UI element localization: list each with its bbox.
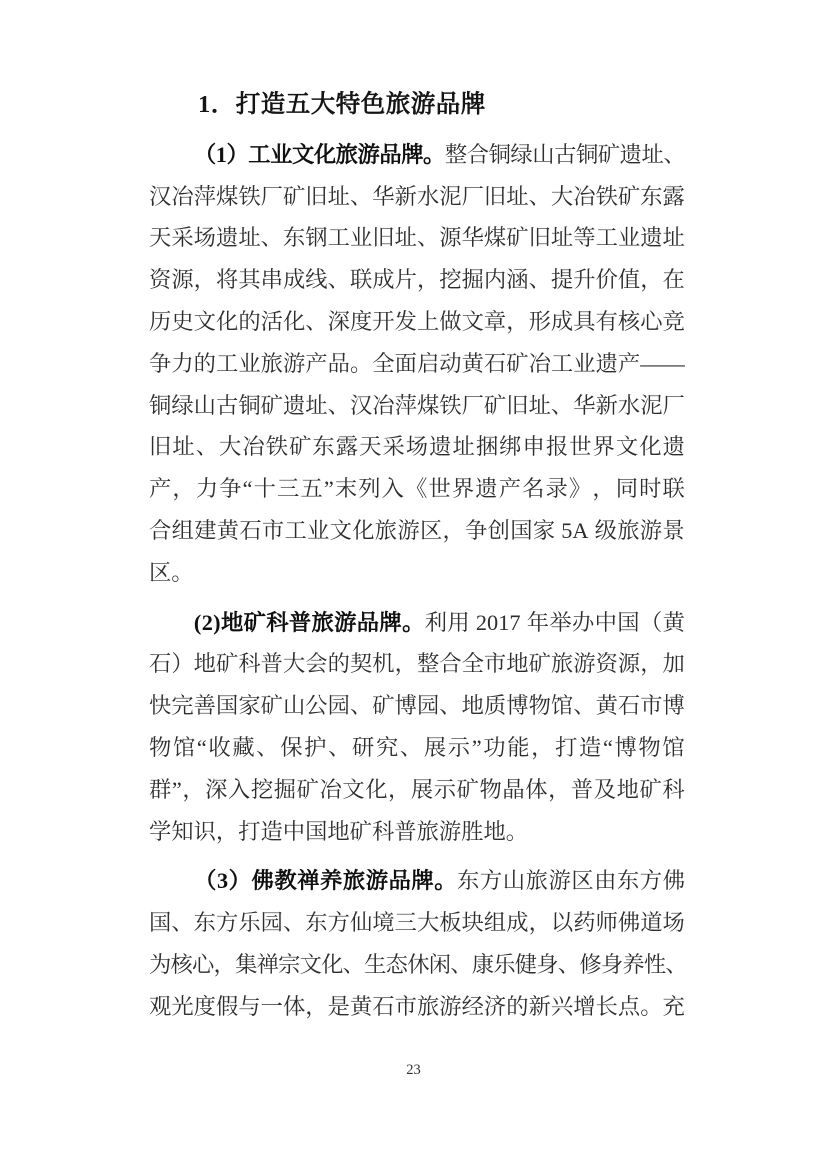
glyph: 、 bbox=[328, 259, 350, 301]
glyph: 、 bbox=[328, 727, 350, 769]
glyph: 展 bbox=[424, 727, 446, 769]
glyph: 史 bbox=[171, 301, 193, 343]
glyph: 争 bbox=[149, 343, 171, 385]
text-line: 石）地矿科普大会的契机，整合全市地矿旅游资源，加 bbox=[149, 643, 685, 685]
glyph: 、 bbox=[343, 944, 365, 986]
glyph: 新 bbox=[596, 385, 618, 427]
glyph: 泥 bbox=[640, 385, 662, 427]
glyph: 、 bbox=[573, 685, 595, 727]
glyph: 的 bbox=[328, 643, 350, 685]
glyph: 创 bbox=[488, 510, 510, 552]
glyph: 十 bbox=[254, 468, 276, 510]
glyph: 名 bbox=[522, 468, 544, 510]
glyph: 、 bbox=[305, 301, 327, 343]
glyph: 冶 bbox=[171, 176, 193, 218]
glyph: 旧 bbox=[529, 217, 551, 259]
glyph: 铜 bbox=[149, 385, 171, 427]
glyph: 藏 bbox=[232, 727, 254, 769]
glyph: 捆 bbox=[476, 426, 498, 468]
glyph-bold: 牌 bbox=[401, 134, 423, 176]
glyph: 源 bbox=[439, 217, 461, 259]
glyph: 地 bbox=[506, 643, 528, 685]
glyph: 历 bbox=[149, 301, 171, 343]
glyph: 地 bbox=[194, 643, 216, 685]
glyph: 物 bbox=[638, 727, 660, 769]
glyph: 物 bbox=[529, 685, 551, 727]
glyph: 东 bbox=[617, 860, 639, 902]
glyph: 矿 bbox=[216, 643, 238, 685]
glyph: 业 bbox=[307, 510, 329, 552]
glyph: ” bbox=[324, 468, 334, 510]
glyph-bold: （ bbox=[194, 134, 216, 176]
glyph: 采 bbox=[171, 217, 193, 259]
glyph: 上 bbox=[417, 301, 439, 343]
glyph: 业 bbox=[238, 343, 260, 385]
glyph: 的 bbox=[506, 986, 528, 1028]
glyph: 列 bbox=[358, 468, 380, 510]
glyph: 矿 bbox=[283, 176, 305, 218]
glyph: 矿 bbox=[529, 643, 551, 685]
glyph: 钢 bbox=[305, 217, 327, 259]
glyph: 化 bbox=[321, 944, 343, 986]
glyph: 市 bbox=[262, 510, 284, 552]
glyph: 产 bbox=[149, 468, 171, 510]
glyph: 方 bbox=[640, 860, 662, 902]
glyph: 址 bbox=[238, 217, 260, 259]
document-content: 1．打造五大特色旅游品牌 （1）工业文化旅游品牌。整合铜绿山古铜矿遗址、汉冶萍煤… bbox=[149, 84, 685, 1028]
glyph: 铁 bbox=[439, 385, 461, 427]
glyph: 山 bbox=[194, 385, 216, 427]
glyph: 矿 bbox=[618, 176, 640, 218]
glyph: 场 bbox=[663, 902, 685, 944]
glyph: ， bbox=[388, 769, 410, 811]
glyph: 保 bbox=[280, 727, 302, 769]
glyph: 济 bbox=[484, 986, 506, 1028]
glyph: ， bbox=[529, 902, 551, 944]
glyph: 东 bbox=[194, 902, 216, 944]
page-number: 23 bbox=[0, 1062, 827, 1079]
glyph: 、 bbox=[529, 259, 551, 301]
glyph: 石 bbox=[372, 986, 394, 1028]
glyph: 物 bbox=[479, 769, 501, 811]
glyph: 由 bbox=[594, 860, 616, 902]
document-page: 1．打造五大特色旅游品牌 （1）工业文化旅游品牌。整合铜绿山古铜矿遗址、汉冶萍煤… bbox=[0, 0, 827, 1169]
glyph: 、 bbox=[261, 217, 283, 259]
glyph: 同 bbox=[616, 468, 638, 510]
glyph: 成 bbox=[551, 301, 573, 343]
glyph: 、 bbox=[665, 944, 687, 986]
glyph: 铜 bbox=[238, 385, 260, 427]
paragraph: （1）工业文化旅游品牌。整合铜绿山古铜矿遗址、汉冶萍煤铁厂矿旧址、华新水泥厂旧址… bbox=[149, 134, 685, 594]
glyph: 体 bbox=[283, 986, 305, 1028]
glyph: 矿 bbox=[261, 385, 283, 427]
glyph: 新 bbox=[395, 176, 417, 218]
glyph: 区 bbox=[571, 860, 593, 902]
glyph: 休 bbox=[407, 944, 429, 986]
glyph: 合 bbox=[467, 134, 489, 176]
glyph: 东 bbox=[457, 860, 479, 902]
glyph-bold: ） bbox=[229, 860, 251, 902]
glyph: 功 bbox=[483, 727, 505, 769]
glyph: 形 bbox=[529, 301, 551, 343]
glyph-bold: 矿 bbox=[244, 602, 266, 644]
glyph: 文 bbox=[330, 510, 352, 552]
text-line: 天采场遗址、东钢工业旧址、源华煤矿旧址等工业遗址 bbox=[149, 217, 685, 259]
glyph: 泥 bbox=[439, 176, 461, 218]
glyph: 其 bbox=[238, 259, 260, 301]
glyph: —— bbox=[640, 343, 685, 385]
glyph: 址 bbox=[551, 217, 573, 259]
glyph: 大 bbox=[283, 643, 305, 685]
glyph: 石 bbox=[618, 685, 640, 727]
glyph: 馆 bbox=[551, 685, 573, 727]
glyph: 启 bbox=[417, 343, 439, 385]
glyph: 挖 bbox=[251, 769, 273, 811]
glyph: 核 bbox=[618, 301, 640, 343]
glyph: ， bbox=[214, 944, 236, 986]
glyph: 公 bbox=[305, 685, 327, 727]
glyph: 东 bbox=[640, 176, 662, 218]
glyph-bold: （ bbox=[194, 860, 216, 902]
glyph: 为 bbox=[149, 944, 171, 986]
text-line: 争力的工业旅游产品。全面启动黄石矿冶工业遗产—— bbox=[149, 343, 685, 385]
glyph: 具 bbox=[573, 301, 595, 343]
glyph: 群 bbox=[149, 769, 171, 811]
glyph-bold: 游 bbox=[358, 134, 380, 176]
glyph: 面 bbox=[395, 343, 417, 385]
glyph: 铜 bbox=[576, 134, 598, 176]
glyph: 工 bbox=[216, 343, 238, 385]
glyph: 矿 bbox=[640, 769, 662, 811]
glyph: 核 bbox=[171, 944, 193, 986]
glyph: 假 bbox=[216, 986, 238, 1028]
glyph: 源 bbox=[171, 259, 193, 301]
glyph: 址 bbox=[506, 176, 528, 218]
glyph: 质 bbox=[484, 685, 506, 727]
glyph: 采 bbox=[382, 426, 404, 468]
text-line: （3）佛教禅养旅游品牌。东方山旅游区由东方佛 bbox=[149, 860, 685, 902]
glyph: 掘 bbox=[274, 769, 296, 811]
glyph: 组 bbox=[172, 510, 194, 552]
glyph: 内 bbox=[484, 259, 506, 301]
glyph: 身 bbox=[536, 944, 558, 986]
glyph: 址 bbox=[663, 217, 685, 259]
glyph: 仙 bbox=[350, 902, 372, 944]
glyph: 力 bbox=[196, 468, 218, 510]
glyph: 游 bbox=[283, 343, 305, 385]
glyph-bold: 化 bbox=[314, 134, 336, 176]
glyph: 绿 bbox=[171, 385, 193, 427]
glyph-bold: 品 bbox=[379, 134, 401, 176]
glyph: 充 bbox=[663, 986, 685, 1028]
text-line: 物馆“收藏、保护、研究、展示”功能，打造“博物馆 bbox=[149, 727, 685, 769]
glyph: 健 bbox=[515, 944, 537, 986]
glyph: 性 bbox=[644, 944, 666, 986]
glyph: 块 bbox=[462, 902, 484, 944]
glyph: 东 bbox=[283, 217, 305, 259]
glyph: 黄 bbox=[663, 602, 685, 644]
section-heading: 1．打造五大特色旅游品牌 bbox=[149, 84, 685, 126]
glyph: 矿 bbox=[261, 685, 283, 727]
glyph: 冶 bbox=[372, 385, 394, 427]
glyph: 、 bbox=[663, 134, 685, 176]
glyph: 完 bbox=[171, 685, 193, 727]
glyph: 开 bbox=[372, 301, 394, 343]
glyph: 争 bbox=[465, 510, 487, 552]
glyph: ， bbox=[194, 259, 216, 301]
glyph: 遗 bbox=[663, 426, 685, 468]
glyph: 全 bbox=[462, 643, 484, 685]
glyph: 煤 bbox=[484, 217, 506, 259]
glyph: 掘 bbox=[462, 259, 484, 301]
glyph: 资 bbox=[149, 259, 171, 301]
glyph: 旧 bbox=[372, 217, 394, 259]
glyph: 道 bbox=[640, 902, 662, 944]
glyph: 动 bbox=[439, 343, 461, 385]
glyph: 值 bbox=[618, 259, 640, 301]
glyph: 录 bbox=[546, 468, 568, 510]
glyph: 线 bbox=[305, 259, 327, 301]
glyph-bold: 旅 bbox=[312, 602, 334, 644]
glyph: 挖 bbox=[439, 259, 461, 301]
glyph: 的 bbox=[194, 343, 216, 385]
glyph: 水 bbox=[417, 176, 439, 218]
text-line: 铜绿山古铜矿遗址、汉冶萍煤铁厂矿旧址、华新水泥厂 bbox=[149, 385, 685, 427]
glyph: 华 bbox=[372, 176, 394, 218]
glyph: 深 bbox=[328, 301, 350, 343]
glyph: 博 bbox=[614, 727, 636, 769]
glyph: 提 bbox=[551, 259, 573, 301]
glyph: 价 bbox=[596, 259, 618, 301]
paragraph: (2)地矿科普旅游品牌。利用 2017 年举办中国（黄石）地矿科普大会的契机，整… bbox=[149, 602, 685, 853]
glyph: 申 bbox=[523, 426, 545, 468]
glyph: 举 bbox=[549, 602, 571, 644]
glyph: 萍 bbox=[395, 385, 417, 427]
glyph: 修 bbox=[579, 944, 601, 986]
glyph: 旅 bbox=[551, 643, 573, 685]
glyph: 石 bbox=[484, 343, 506, 385]
glyph: 址 bbox=[328, 176, 350, 218]
glyph: 以 bbox=[551, 902, 573, 944]
glyph: 》 bbox=[569, 468, 591, 510]
glyph: 馆 bbox=[173, 727, 195, 769]
glyph: 在 bbox=[663, 259, 685, 301]
glyph-bold: 旅 bbox=[336, 134, 358, 176]
glyph: 是 bbox=[328, 986, 350, 1028]
glyph: 2017 bbox=[476, 602, 521, 644]
glyph: 点 bbox=[618, 986, 640, 1028]
glyph: 化 bbox=[283, 301, 305, 343]
glyph: 山 bbox=[283, 685, 305, 727]
glyph: 华 bbox=[462, 217, 484, 259]
glyph: 末 bbox=[335, 468, 357, 510]
text-line: 汉冶萍煤铁厂矿旧址、华新水泥厂旧址、大冶铁矿东露 bbox=[149, 176, 685, 218]
glyph: ， bbox=[640, 643, 662, 685]
glyph: 露 bbox=[663, 176, 685, 218]
glyph: 矿 bbox=[297, 769, 319, 811]
glyph: 铁 bbox=[266, 426, 288, 468]
glyph: 黄 bbox=[350, 986, 372, 1028]
glyph: 市 bbox=[640, 685, 662, 727]
glyph: 普 bbox=[571, 769, 593, 811]
glyph: 机 bbox=[372, 643, 394, 685]
glyph: 合 bbox=[149, 510, 171, 552]
glyph: 工 bbox=[551, 343, 573, 385]
glyph: 水 bbox=[618, 385, 640, 427]
glyph: 旅 bbox=[526, 860, 548, 902]
glyph: 家 bbox=[238, 685, 260, 727]
glyph: 矿 bbox=[598, 134, 620, 176]
glyph: 国 bbox=[617, 602, 639, 644]
glyph: 世 bbox=[569, 426, 591, 468]
glyph: 铜 bbox=[489, 134, 511, 176]
glyph: 化 bbox=[216, 301, 238, 343]
glyph: 联 bbox=[663, 468, 685, 510]
glyph: 矿 bbox=[506, 343, 528, 385]
glyph: 文 bbox=[616, 426, 638, 468]
glyph: 及 bbox=[594, 769, 616, 811]
glyph: 矿 bbox=[506, 217, 528, 259]
glyph: “ bbox=[197, 727, 207, 769]
glyph-bold: 游 bbox=[366, 860, 388, 902]
glyph: 、 bbox=[196, 426, 218, 468]
glyph: 化 bbox=[365, 769, 387, 811]
glyph: 地 bbox=[462, 685, 484, 727]
text-line: 为核心，集禅宗文化、生态休闲、康乐健身、修身养性、 bbox=[149, 944, 685, 986]
glyph: 遗 bbox=[620, 134, 642, 176]
glyph-bold: 。 bbox=[423, 134, 445, 176]
glyph: 游 bbox=[439, 986, 461, 1028]
glyph: 生 bbox=[364, 944, 386, 986]
glyph-bold: 文 bbox=[292, 134, 314, 176]
glyph: 方 bbox=[480, 860, 502, 902]
glyph: “ bbox=[603, 727, 613, 769]
text-line: 快完善国家矿山公园、矿博园、地质博物馆、黄石市博 bbox=[149, 685, 685, 727]
glyph: ， bbox=[182, 769, 204, 811]
glyph: 新 bbox=[529, 986, 551, 1028]
glyph: 家 bbox=[533, 510, 555, 552]
glyph: 、 bbox=[529, 176, 551, 218]
glyph: 华 bbox=[573, 385, 595, 427]
glyph: 三 bbox=[395, 902, 417, 944]
glyph: 业 bbox=[618, 217, 640, 259]
glyph: 全 bbox=[372, 343, 394, 385]
glyph: 、 bbox=[551, 385, 573, 427]
glyph: 国 bbox=[216, 685, 238, 727]
glyph-bold: ） bbox=[226, 134, 248, 176]
glyph: 用 bbox=[447, 602, 469, 644]
glyph: 场 bbox=[194, 217, 216, 259]
glyph: 、 bbox=[256, 727, 278, 769]
glyph: 药 bbox=[573, 902, 595, 944]
glyph: 天 bbox=[359, 426, 381, 468]
glyph: 厂 bbox=[462, 385, 484, 427]
glyph: 市 bbox=[484, 643, 506, 685]
glyph: 观 bbox=[149, 986, 171, 1028]
glyph: 乐 bbox=[238, 902, 260, 944]
glyph-bold: 养 bbox=[320, 860, 342, 902]
glyph: ， bbox=[592, 468, 614, 510]
glyph: 利 bbox=[425, 602, 447, 644]
glyph: 科 bbox=[662, 769, 684, 811]
glyph: 旅 bbox=[617, 510, 639, 552]
glyph: 遗 bbox=[283, 385, 305, 427]
glyph: 打 bbox=[555, 727, 577, 769]
glyph: 等 bbox=[573, 217, 595, 259]
glyph: 黄 bbox=[462, 343, 484, 385]
text-line: 群”，深入挖掘矿冶文化，展示矿物晶体，普及地矿科 bbox=[149, 769, 685, 811]
glyph: 闲 bbox=[429, 944, 451, 986]
glyph: 世 bbox=[428, 468, 450, 510]
glyph: 。 bbox=[350, 343, 372, 385]
glyph: 址 bbox=[641, 134, 663, 176]
glyph: 年 bbox=[527, 602, 549, 644]
glyph: ， bbox=[395, 643, 417, 685]
text-line: 区。 bbox=[149, 552, 685, 594]
glyph: 山 bbox=[503, 860, 525, 902]
glyph: 大 bbox=[551, 176, 573, 218]
glyph: 体 bbox=[525, 769, 547, 811]
glyph: 工 bbox=[596, 217, 618, 259]
glyph: 。 bbox=[640, 986, 662, 1028]
glyph: 旧 bbox=[506, 385, 528, 427]
glyph: ， bbox=[417, 259, 439, 301]
glyph: 产 bbox=[618, 343, 640, 385]
glyph: 时 bbox=[639, 468, 661, 510]
glyph: 址 bbox=[172, 426, 194, 468]
glyph: 场 bbox=[406, 426, 428, 468]
glyph: 活 bbox=[261, 301, 283, 343]
glyph: 山 bbox=[532, 134, 554, 176]
text-run: 区。 bbox=[149, 560, 194, 585]
glyph: 址 bbox=[452, 426, 474, 468]
glyph: 物 bbox=[149, 727, 171, 769]
glyph-bold: 佛 bbox=[252, 860, 274, 902]
glyph: 、 bbox=[417, 217, 439, 259]
glyph: 汉 bbox=[350, 385, 372, 427]
glyph: 护 bbox=[304, 727, 326, 769]
glyph: 、 bbox=[283, 902, 305, 944]
glyph: 整 bbox=[445, 134, 467, 176]
text-line: 产，力争“十三五”末列入《世界遗产名录》，同时联 bbox=[149, 468, 685, 510]
glyph: 景 bbox=[662, 510, 684, 552]
glyph: 天 bbox=[149, 217, 171, 259]
glyph: 市 bbox=[395, 986, 417, 1028]
glyph-bold: 。 bbox=[402, 602, 424, 644]
glyph: 古 bbox=[554, 134, 576, 176]
glyph: 板 bbox=[439, 902, 461, 944]
glyph: 矿 bbox=[372, 685, 394, 727]
glyph: 科 bbox=[238, 643, 260, 685]
glyph: 园 bbox=[328, 685, 350, 727]
glyph: 能 bbox=[507, 727, 529, 769]
glyph: 遗 bbox=[596, 343, 618, 385]
glyph: 文 bbox=[300, 944, 322, 986]
glyph: 黄 bbox=[596, 685, 618, 727]
glyph: 境 bbox=[372, 902, 394, 944]
glyph: 、 bbox=[450, 944, 472, 986]
glyph: 长 bbox=[596, 986, 618, 1028]
glyph: 的 bbox=[238, 301, 260, 343]
glyph: 加 bbox=[663, 643, 685, 685]
glyph-bold: 地 bbox=[221, 602, 243, 644]
glyph: 化 bbox=[639, 426, 661, 468]
glyph: 级 bbox=[595, 510, 617, 552]
paragraph: （3）佛教禅养旅游品牌。东方山旅游区由东方佛国、东方乐园、东方仙境三大板块组成，… bbox=[149, 860, 685, 1027]
glyph: 方 bbox=[216, 902, 238, 944]
glyph: 与 bbox=[238, 986, 260, 1028]
glyph: 界 bbox=[593, 426, 615, 468]
